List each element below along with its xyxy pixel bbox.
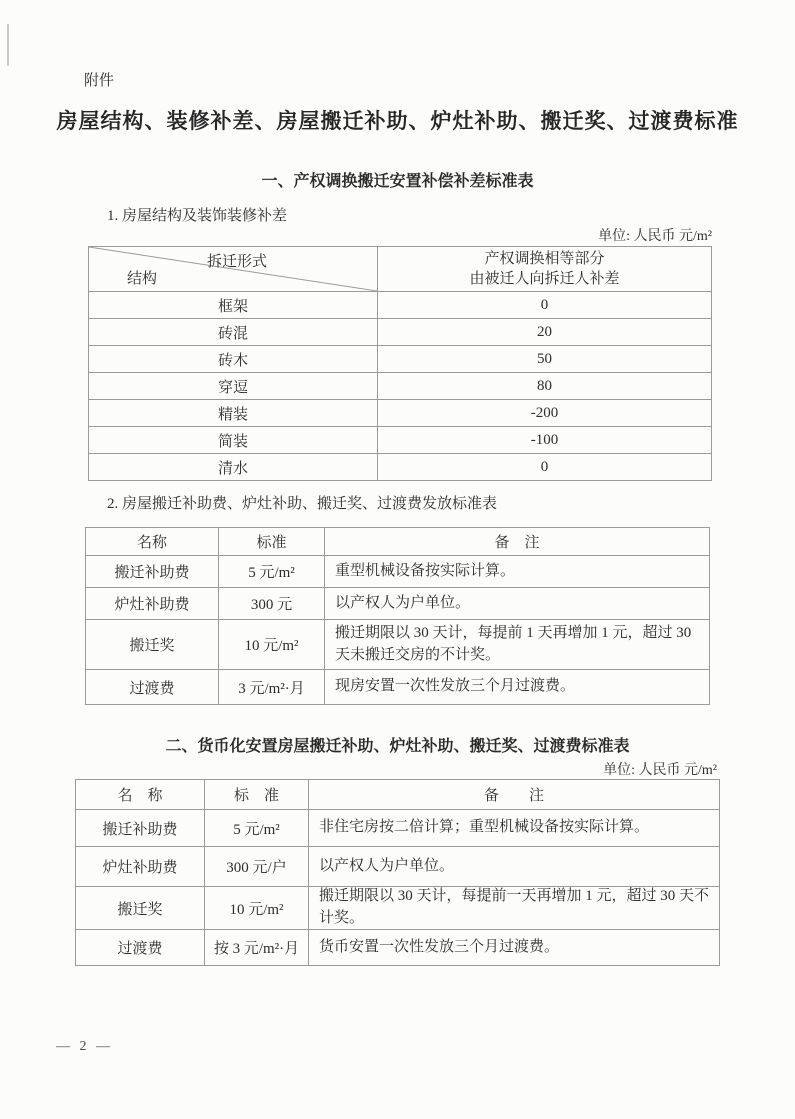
remark-cell: 重型机械设备按实际计算。: [324, 556, 709, 587]
standard-cell: 10 元/m²: [204, 887, 308, 929]
name-cell: 过渡费: [86, 670, 218, 704]
table-row: 搬迁补助费 5 元/m² 非住宅房按二倍计算；重型机械设备按实际计算。: [76, 809, 719, 846]
table-row: 搬迁补助费 5 元/m² 重型机械设备按实际计算。: [86, 555, 709, 587]
header-value-column: 产权调换相等部分 由被迁人向拆迁人补差: [377, 247, 711, 291]
header-remark: 备 注: [308, 780, 719, 809]
standard-cell: 300 元/户: [204, 847, 308, 886]
value-cell: 20: [377, 319, 711, 345]
header-name: 名称: [86, 528, 218, 555]
page-number: — 2 —: [56, 1039, 113, 1055]
unit-note-table1: 单位: 人民币 元/m²: [598, 225, 712, 245]
structure-cell: 砖混: [89, 319, 377, 345]
structure-cell: 穿逗: [89, 373, 377, 399]
subsection1-heading: 1. 房屋结构及装饰装修补差: [107, 204, 287, 225]
standard-cell: 5 元/m²: [218, 556, 324, 587]
section2-heading: 二、货币化安置房屋搬迁补助、炉灶补助、搬迁奖、过渡费标准表: [0, 733, 795, 756]
remark-cell: 非住宅房按二倍计算；重型机械设备按实际计算。: [308, 810, 719, 846]
table-header-row: 拆迁形式 结构 产权调换相等部分 由被迁人向拆迁人补差: [89, 247, 711, 291]
name-cell: 炉灶补助费: [76, 847, 204, 886]
table-row: 清水 0: [89, 453, 711, 480]
standard-cell: 10 元/m²: [218, 620, 324, 669]
table-row: 搬迁奖 10 元/m² 搬迁期限以 30 天计，每提前一天再增加 1 元，超过 …: [76, 886, 719, 929]
value-cell: 0: [377, 292, 711, 318]
remark-cell: 搬迁期限以 30 天计，每提前一天再增加 1 元，超过 30 天不计奖。: [308, 887, 719, 929]
header-remark: 备 注: [324, 528, 709, 555]
standard-cell: 按 3 元/m²·月: [204, 930, 308, 965]
header-value-line1: 产权调换相等部分: [484, 249, 604, 269]
table-row: 框架 0: [89, 291, 711, 318]
unit-note-table3: 单位: 人民币 元/m²: [603, 759, 717, 779]
structure-cell: 清水: [89, 454, 377, 480]
structure-cell: 精装: [89, 400, 377, 426]
diagonal-header-cell: 拆迁形式 结构: [89, 247, 377, 291]
value-cell: -100: [377, 427, 711, 453]
standard-cell: 300 元: [218, 588, 324, 619]
name-cell: 搬迁补助费: [86, 556, 218, 587]
header-value-line2: 由被迁人向拆迁人补差: [469, 269, 619, 289]
document-page: 附件 房屋结构、装修补差、房屋搬迁补助、炉灶补助、搬迁奖、过渡费标准 一、产权调…: [0, 0, 795, 1119]
header-demolition-form: 拆迁形式: [207, 250, 267, 271]
attachment-label: 附件: [84, 69, 114, 90]
value-cell: -200: [377, 400, 711, 426]
monetary-settlement-table: 名 称 标 准 备 注 搬迁补助费 5 元/m² 非住宅房按二倍计算；重型机械设…: [75, 779, 720, 966]
name-cell: 搬迁奖: [86, 620, 218, 669]
table-row: 砖混 20: [89, 318, 711, 345]
header-name: 名 称: [76, 780, 204, 809]
remark-cell: 以产权人为户单位。: [324, 588, 709, 619]
remark-cell: 以产权人为户单位。: [308, 847, 719, 886]
table-row: 砖木 50: [89, 345, 711, 372]
table-row: 精装 -200: [89, 399, 711, 426]
structure-cell: 砖木: [89, 346, 377, 372]
table-row: 穿逗 80: [89, 372, 711, 399]
table-header-row: 名称 标准 备 注: [86, 528, 709, 555]
structure-cell: 简装: [89, 427, 377, 453]
standard-cell: 5 元/m²: [204, 810, 308, 846]
value-cell: 0: [377, 454, 711, 480]
subsection2-heading: 2. 房屋搬迁补助费、炉灶补助、搬迁奖、过渡费发放标准表: [107, 492, 497, 513]
remark-cell: 搬迁期限以 30 天计，每提前 1 天再增加 1 元，超过 30 天未搬迁交房的…: [324, 620, 709, 669]
scan-edge-artifact: [7, 24, 9, 66]
value-cell: 50: [377, 346, 711, 372]
table-row: 搬迁奖 10 元/m² 搬迁期限以 30 天计，每提前 1 天再增加 1 元，超…: [86, 619, 709, 669]
name-cell: 过渡费: [76, 930, 204, 965]
document-title: 房屋结构、装修补差、房屋搬迁补助、炉灶补助、搬迁奖、过渡费标准: [0, 105, 795, 135]
value-cell: 80: [377, 373, 711, 399]
relocation-subsidy-table: 名称 标准 备 注 搬迁补助费 5 元/m² 重型机械设备按实际计算。 炉灶补助…: [85, 527, 710, 705]
table-header-row: 名 称 标 准 备 注: [76, 780, 719, 809]
remark-cell: 货币安置一次性发放三个月过渡费。: [308, 930, 719, 965]
table-row: 炉灶补助费 300 元 以产权人为户单位。: [86, 587, 709, 619]
name-cell: 搬迁奖: [76, 887, 204, 929]
structure-cell: 框架: [89, 292, 377, 318]
name-cell: 炉灶补助费: [86, 588, 218, 619]
table-row: 简装 -100: [89, 426, 711, 453]
structure-compensation-table: 拆迁形式 结构 产权调换相等部分 由被迁人向拆迁人补差 框架 0 砖混 20 砖…: [88, 246, 712, 481]
header-standard: 标 准: [204, 780, 308, 809]
remark-cell: 现房安置一次性发放三个月过渡费。: [324, 670, 709, 704]
table-row: 过渡费 按 3 元/m²·月 货币安置一次性发放三个月过渡费。: [76, 929, 719, 965]
header-structure: 结构: [127, 267, 157, 288]
table-row: 过渡费 3 元/m²·月 现房安置一次性发放三个月过渡费。: [86, 669, 709, 704]
section1-heading: 一、产权调换搬迁安置补偿补差标准表: [0, 168, 795, 191]
standard-cell: 3 元/m²·月: [218, 670, 324, 704]
table-row: 炉灶补助费 300 元/户 以产权人为户单位。: [76, 846, 719, 886]
name-cell: 搬迁补助费: [76, 810, 204, 846]
header-standard: 标准: [218, 528, 324, 555]
